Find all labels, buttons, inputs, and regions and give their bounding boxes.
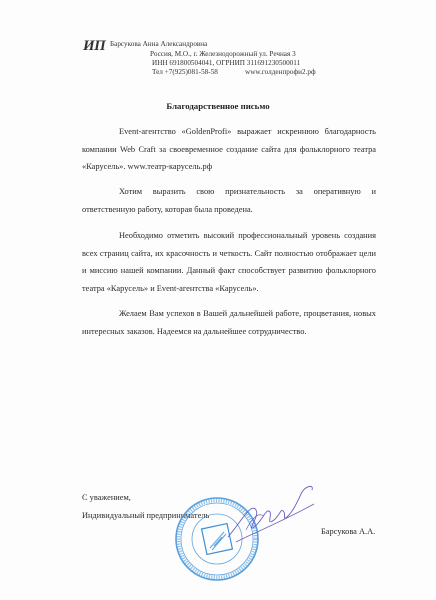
signature-icon	[226, 482, 316, 552]
letterhead-name: Барсукова Анна Александровна	[110, 40, 207, 48]
paragraph-1: Event-агентство «GoldenProfi» выражает и…	[82, 123, 376, 176]
paragraph-4: Желаем Вам успехов в Вашей дальнейшей ра…	[82, 305, 376, 340]
paragraph-3: Необходимо отметить высокий профессионал…	[82, 227, 376, 297]
signer-name: Барсукова А.А.	[321, 527, 375, 536]
letterhead-website: www.голденпрофи2.рф	[245, 68, 316, 76]
letterhead-ids: ИНН 691800504041, ОГРНИП 311691230500011	[152, 59, 300, 67]
closing-regards: С уважением,	[82, 493, 131, 502]
letter-title: Благодарственное письмо	[0, 101, 436, 111]
company-logo: ИП	[83, 38, 105, 55]
letterhead-address: Россия, М.О., г. Железнодорожный ул. Реч…	[150, 50, 296, 58]
letterhead-phone: Тел +7(925)081-58-58	[152, 68, 218, 76]
paragraph-2: Хотим выразить свою признательность за о…	[82, 183, 376, 218]
letter-page: ИП Барсукова Анна Александровна Россия, …	[0, 0, 436, 600]
